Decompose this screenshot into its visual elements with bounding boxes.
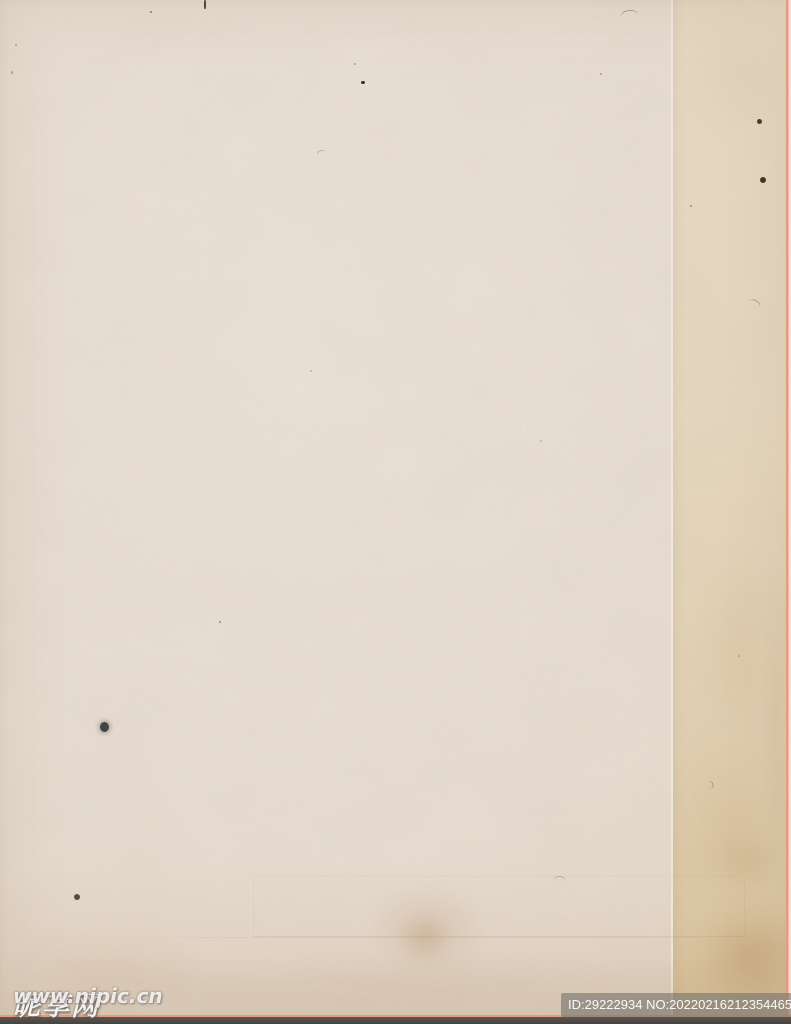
- watermark-site-url: www.nipic.cn: [13, 984, 163, 1008]
- edge-vignette: [0, 0, 791, 1024]
- old-paper-texture-photo: 昵享网 www.nipic.cn ID:29222934 NO:20220216…: [0, 0, 791, 1024]
- bottom-dark-edge: [0, 1017, 791, 1024]
- image-id-badge: ID:29222934 NO:20220216212354465108: [561, 993, 791, 1017]
- right-edge-pink-border: [786, 0, 791, 1024]
